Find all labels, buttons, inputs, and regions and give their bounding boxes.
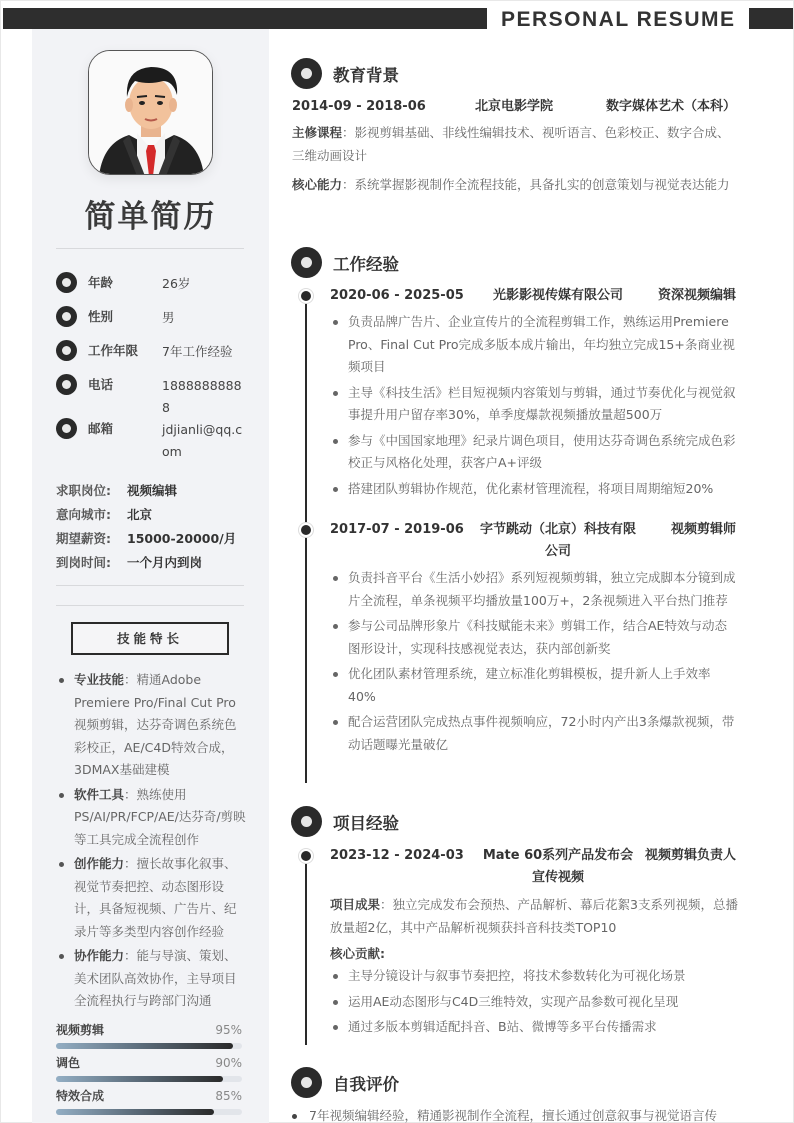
skill-bar: 特效合成85% [56, 1087, 242, 1115]
job-value: 视频编辑 [127, 479, 177, 503]
work-timeline [305, 295, 307, 783]
bullet-item: 7年视频编辑经验，精通影视制作全流程，擅长通过创意叙事与视觉语言传 [291, 1105, 741, 1123]
work-entry-header: 2020-06 - 2025-05 光影影视传媒有限公司 资深视频编辑 [330, 285, 736, 307]
work-bullets: 负责抖音平台《生活小妙招》系列短视频剪辑，独立完成脚本分镜到成片全流程，单条视频… [330, 567, 738, 759]
info-row-experience: 工作年限 7年工作经验 [56, 341, 256, 375]
skill-item: 创作能力：擅长故事化叙事、视觉节奏把控、动态图形设计，具备短视频、广告片、纪录片… [56, 853, 246, 943]
skill-label: 专业技能 [74, 672, 124, 687]
skill-label: 创作能力 [74, 856, 124, 871]
result-label: 项目成果 [330, 897, 380, 912]
bullet-item: 搭建团队剪辑协作规范，优化素材管理流程，将项目周期缩短20% [330, 478, 738, 501]
job-value: 北京 [127, 503, 152, 527]
bullet-item: 负责品牌广告片、企业宣传片的全流程剪辑工作，熟练运用Premiere Pro、F… [330, 311, 738, 379]
info-value: 26岁 [162, 273, 244, 295]
job-label: 期望薪资: [56, 527, 127, 551]
ring-icon [291, 806, 322, 837]
skill-bar-name: 视频剪辑 [56, 1021, 104, 1039]
bullet-item: 主导分镜设计与叙事节奏把控，将技术参数转化为可视化场景 [330, 965, 738, 988]
divider [56, 248, 244, 249]
job-row: 意向城市: 北京 [56, 503, 256, 527]
divider [56, 605, 244, 606]
info-row-phone: 电话 18888888888 [56, 375, 256, 419]
divider [56, 585, 244, 586]
job-value: 15000-20000/月 [127, 527, 236, 551]
skill-bar-percent: 95% [215, 1021, 242, 1039]
job-label: 意向城市: [56, 503, 127, 527]
skill-bars: 视频剪辑95% 调色90% 特效合成85% [56, 1021, 242, 1120]
section-header-self-eval: 自我评价 [291, 1067, 399, 1098]
skill-bar-fill [56, 1076, 223, 1082]
bullet-item: 参与《中国国家地理》纪录片调色项目，使用达芬奇调色系统完成色彩校正与风格化处理，… [330, 430, 738, 475]
project-timeline [305, 855, 307, 1045]
education-major: 数字媒体艺术（本科） [595, 97, 736, 117]
timeline-dot-icon [299, 289, 313, 303]
education-row: 2014-09 - 2018-06 北京电影学院 数字媒体艺术（本科） [292, 97, 736, 117]
skill-bar: 视频剪辑95% [56, 1021, 242, 1049]
skill-bar-percent: 85% [215, 1087, 242, 1105]
info-label: 电话 [88, 375, 162, 395]
email-value: jdjianli@qq.com [162, 419, 244, 463]
job-intent-list: 求职岗位: 视频编辑 意向城市: 北京 期望薪资: 15000-20000/月 … [56, 479, 256, 575]
project-bullets: 主导分镜设计与叙事节奏把控，将技术参数转化为可视化场景 运用AE动态图形与C4D… [330, 965, 738, 1042]
self-eval-bullets: 7年视频编辑经验，精通影视制作全流程，擅长通过创意叙事与视觉语言传 [291, 1105, 741, 1123]
courses-label: 主修课程 [292, 125, 342, 140]
info-value: 男 [162, 307, 244, 329]
project-entry-header: 2023-12 - 2024-03 Mate 60系列产品发布会宣传视频 视频剪… [330, 845, 736, 889]
info-row-age: 年龄 26岁 [56, 273, 256, 307]
ring-icon [56, 418, 77, 439]
courses-text: ：影视剪辑基础、非线性编辑技术、视听语言、色彩校正、数字合成、三维动画设计 [292, 125, 730, 163]
ability-text: ：系统掌握影视制作全流程技能，具备扎实的创意策划与视觉表达能力 [342, 177, 730, 192]
work-bullets: 负责品牌广告片、企业宣传片的全流程剪辑工作，熟练运用Premiere Pro、F… [330, 311, 738, 503]
info-row-gender: 性别 男 [56, 307, 256, 341]
section-title: 自我评价 [333, 1071, 399, 1095]
bullet-item: 参与公司品牌形象片《科技赋能未来》剪辑工作，结合AE特效与动态图形设计，实现科技… [330, 615, 738, 660]
resume-page: PERSONAL RESUME [0, 0, 794, 1123]
sidebar: 简单简历 年龄 26岁 性别 男 工作年限 7年工作经验 电话 18888888 [32, 29, 269, 1123]
ring-icon [56, 340, 77, 361]
skill-label: 软件工具 [74, 787, 124, 802]
work-date: 2017-07 - 2019-06 [330, 519, 480, 563]
work-date: 2020-06 - 2025-05 [330, 285, 480, 307]
info-label: 性别 [88, 307, 162, 327]
timeline-dot-icon [299, 523, 313, 537]
ring-icon [56, 272, 77, 293]
ring-icon [56, 306, 77, 327]
ring-icon [291, 58, 322, 89]
bullet-item: 运用AE动态图形与C4D三维特效，实现产品参数可视化呈现 [330, 991, 738, 1014]
education-school: 北京电影学院 [475, 97, 595, 117]
skills-heading: 技能特长 [71, 622, 229, 655]
result-text: ：独立完成发布会预热、产品解析、幕后花絮3支系列视频，总播放量超2亿，其中产品解… [330, 897, 738, 935]
education-ability: 核心能力：系统掌握影视制作全流程技能，具备扎实的创意策划与视觉表达能力 [292, 173, 736, 196]
project-date: 2023-12 - 2024-03 [330, 845, 480, 889]
skill-bar-track [56, 1109, 242, 1115]
bullet-item: 主导《科技生活》栏目短视频内容策划与剪辑，通过节奏优化与视觉叙事提升用户留存率3… [330, 382, 738, 427]
section-header-projects: 项目经验 [291, 806, 399, 837]
ring-icon [291, 1067, 322, 1098]
section-header-education: 教育背景 [291, 58, 399, 89]
job-value: 一个月内到岗 [127, 551, 202, 575]
bullet-item: 优化团队素材管理系统，建立标准化剪辑模板，提升新人上手效率40% [330, 663, 738, 708]
info-label: 年龄 [88, 273, 162, 293]
skill-item: 专业技能：精通Adobe Premiere Pro/Final Cut Pro视… [56, 669, 246, 782]
bullet-item: 负责抖音平台《生活小妙招》系列短视频剪辑，独立完成脚本分镜到成片全流程，单条视频… [330, 567, 738, 612]
section-title: 工作经验 [333, 251, 399, 275]
section-title: 项目经验 [333, 810, 399, 834]
info-label: 邮箱 [88, 419, 162, 439]
contribution-label: 核心贡献: [330, 944, 385, 964]
skill-item: 软件工具：熟练使用PS/AI/PR/FCP/AE/达芬奇/剪映等工具完成全流程创… [56, 784, 246, 852]
info-label: 工作年限 [88, 341, 162, 361]
work-company: 光影影视传媒有限公司 [480, 285, 636, 307]
skill-bar-percent: 90% [215, 1054, 242, 1072]
skill-bar: 调色90% [56, 1054, 242, 1082]
info-row-email: 邮箱 jdjianli@qq.com [56, 419, 256, 463]
ability-label: 核心能力 [292, 177, 342, 192]
info-value: 7年工作经验 [162, 341, 244, 363]
skill-bar-track [56, 1076, 242, 1082]
skill-label: 协作能力 [74, 948, 124, 963]
job-row: 求职岗位: 视频编辑 [56, 479, 256, 503]
skill-bar-name: 特效合成 [56, 1087, 104, 1105]
ring-icon [291, 247, 322, 278]
section-header-work: 工作经验 [291, 247, 399, 278]
work-role: 视频剪辑师 [636, 519, 736, 563]
job-label: 到岗时间: [56, 551, 127, 575]
skill-bar-fill [56, 1109, 214, 1115]
work-company: 字节跳动（北京）科技有限公司 [480, 519, 636, 563]
phone-value: 18888888888 [162, 375, 244, 419]
education-courses: 主修课程：影视剪辑基础、非线性编辑技术、视听语言、色彩校正、数字合成、三维动画设… [292, 121, 736, 167]
skill-text: ：精通Adobe Premiere Pro/Final Cut Pro视频剪辑，… [74, 672, 237, 777]
job-label: 求职岗位: [56, 479, 127, 503]
skill-item: 协作能力：能与导演、策划、美术团队高效协作，主导项目全流程执行与跨部门沟通 [56, 945, 246, 1013]
job-row: 期望薪资: 15000-20000/月 [56, 527, 256, 551]
work-role: 资深视频编辑 [636, 285, 736, 307]
personal-info-list: 年龄 26岁 性别 男 工作年限 7年工作经验 电话 18888888888 邮… [56, 273, 256, 463]
project-role: 视频剪辑负责人 [636, 845, 736, 889]
skill-bar-track [56, 1043, 242, 1049]
project-name: Mate 60系列产品发布会宣传视频 [480, 845, 636, 889]
bullet-item: 配合运营团队完成热点事件视频响应，72小时内产出3条爆款视频，带动话题曝光量破亿 [330, 711, 738, 756]
skill-bar-name: 调色 [56, 1054, 80, 1072]
section-title: 教育背景 [333, 62, 399, 86]
resume-title: PERSONAL RESUME [487, 5, 749, 35]
work-entry-header: 2017-07 - 2019-06 字节跳动（北京）科技有限公司 视频剪辑师 [330, 519, 736, 563]
skill-bar-fill [56, 1043, 233, 1049]
job-row: 到岗时间: 一个月内到岗 [56, 551, 256, 575]
avatar [88, 50, 213, 175]
bullet-item: 通过多版本剪辑适配抖音、B站、微博等多平台传播需求 [330, 1016, 738, 1039]
education-date: 2014-09 - 2018-06 [292, 97, 475, 117]
skills-list: 专业技能：精通Adobe Premiere Pro/Final Cut Pro视… [56, 669, 246, 1015]
ring-icon [56, 374, 77, 395]
avatar-portrait-icon [89, 51, 213, 175]
project-result: 项目成果：独立完成发布会预热、产品解析、幕后花絮3支系列视频，总播放量超2亿，其… [330, 894, 738, 939]
timeline-dot-icon [299, 849, 313, 863]
candidate-name: 简单简历 [32, 191, 269, 236]
